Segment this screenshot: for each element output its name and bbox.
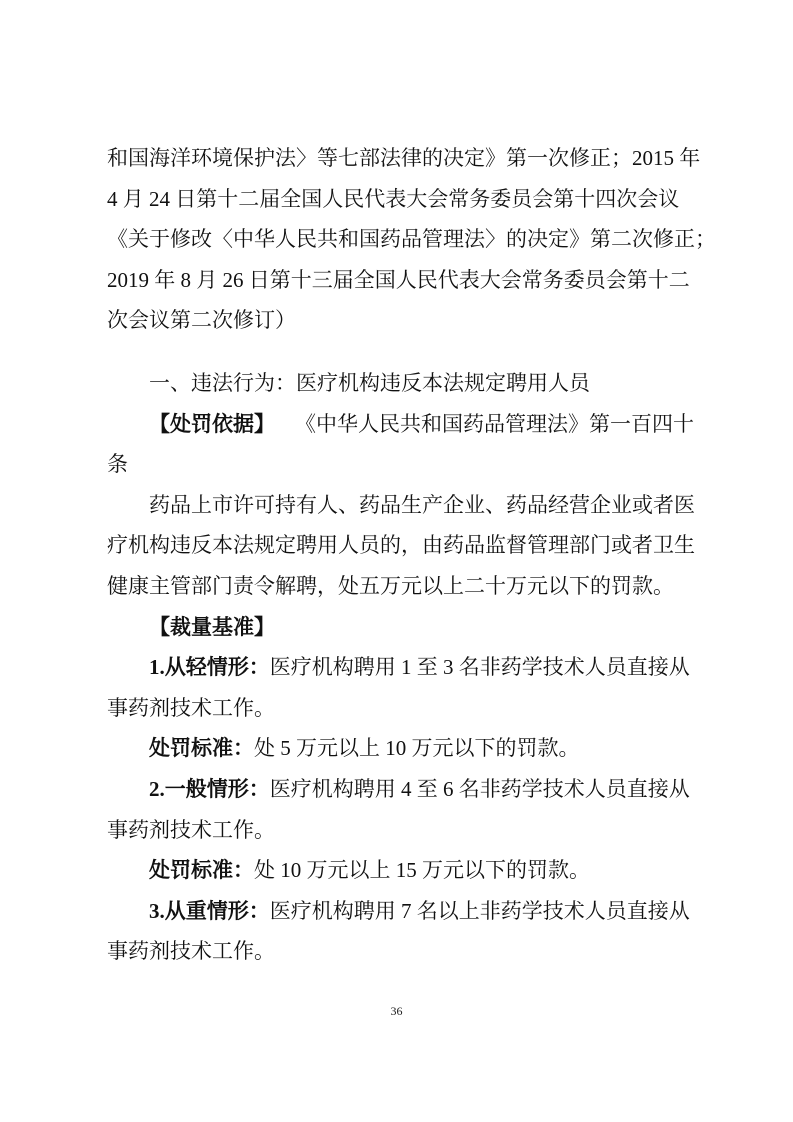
article-line: 健康主管部门责令解聘，处五万元以上二十万元以下的罚款。	[107, 566, 693, 607]
criterion-severe: 3.从重情形：医疗机构聘用 7 名以上非药学技术人员直接从	[107, 891, 693, 932]
criterion-label: 2.一般情形：	[149, 777, 270, 801]
criterion-label: 3.从重情形：	[149, 899, 270, 923]
preamble-line: 和国海洋环境保护法〉等七部法律的决定》第一次修正；2015 年	[107, 138, 693, 179]
discretion-criteria-heading: 【裁量基准】	[107, 607, 693, 648]
penalty-standard-mild: 处罚标准：处 5 万元以上 10 万元以下的罚款。	[107, 728, 693, 769]
penalty-basis-text: 《中华人民共和国药品管理法》第一百四十	[295, 412, 694, 436]
page-number: 36	[0, 1004, 793, 1019]
criterion-text: 医疗机构聘用 7 名以上非药学技术人员直接从	[270, 899, 690, 923]
penalty-standard-text: 处 10 万元以上 15 万元以下的罚款。	[254, 858, 590, 882]
penalty-basis-continuation: 条	[107, 444, 693, 485]
criterion-general: 2.一般情形：医疗机构聘用 4 至 6 名非药学技术人员直接从	[107, 769, 693, 810]
criterion-label: 1.从轻情形：	[149, 655, 270, 679]
article-line: 药品上市许可持有人、药品生产企业、药品经营企业或者医	[107, 485, 693, 526]
article-line: 疗机构违反本法规定聘用人员的，由药品监督管理部门或者卫生	[107, 525, 693, 566]
penalty-basis-label: 【处罚依据】	[149, 412, 275, 436]
penalty-standard-text: 处 5 万元以上 10 万元以下的罚款。	[254, 736, 580, 760]
penalty-standard-general: 处罚标准：处 10 万元以上 15 万元以下的罚款。	[107, 850, 693, 891]
criterion-continuation: 事药剂技术工作。	[107, 688, 693, 729]
preamble-line: 《关于修改〈中华人民共和国药品管理法〉的决定》第二次修正；	[107, 219, 693, 260]
criterion-continuation: 事药剂技术工作。	[107, 931, 693, 972]
page-content: 和国海洋环境保护法〉等七部法律的决定》第一次修正；2015 年 4 月 24 日…	[107, 138, 693, 972]
paragraph-gap	[107, 341, 693, 363]
preamble-line: 2019 年 8 月 26 日第十三届全国人民代表大会常务委员会第十二	[107, 260, 693, 301]
criterion-text: 医疗机构聘用 1 至 3 名非药学技术人员直接从	[270, 655, 690, 679]
criterion-continuation: 事药剂技术工作。	[107, 810, 693, 851]
penalty-standard-label: 处罚标准：	[149, 736, 254, 760]
penalty-standard-label: 处罚标准：	[149, 858, 254, 882]
preamble-line: 次会议第二次修订）	[107, 300, 693, 341]
criterion-text: 医疗机构聘用 4 至 6 名非药学技术人员直接从	[270, 777, 690, 801]
preamble-line: 4 月 24 日第十二届全国人民代表大会常务委员会第十四次会议	[107, 179, 693, 220]
criterion-mild: 1.从轻情形：医疗机构聘用 1 至 3 名非药学技术人员直接从	[107, 647, 693, 688]
document-page: 和国海洋环境保护法〉等七部法律的决定》第一次修正；2015 年 4 月 24 日…	[0, 0, 793, 1122]
penalty-basis-line: 【处罚依据】《中华人民共和国药品管理法》第一百四十	[107, 404, 693, 445]
section-title: 一、违法行为：医疗机构违反本法规定聘用人员	[107, 363, 693, 404]
